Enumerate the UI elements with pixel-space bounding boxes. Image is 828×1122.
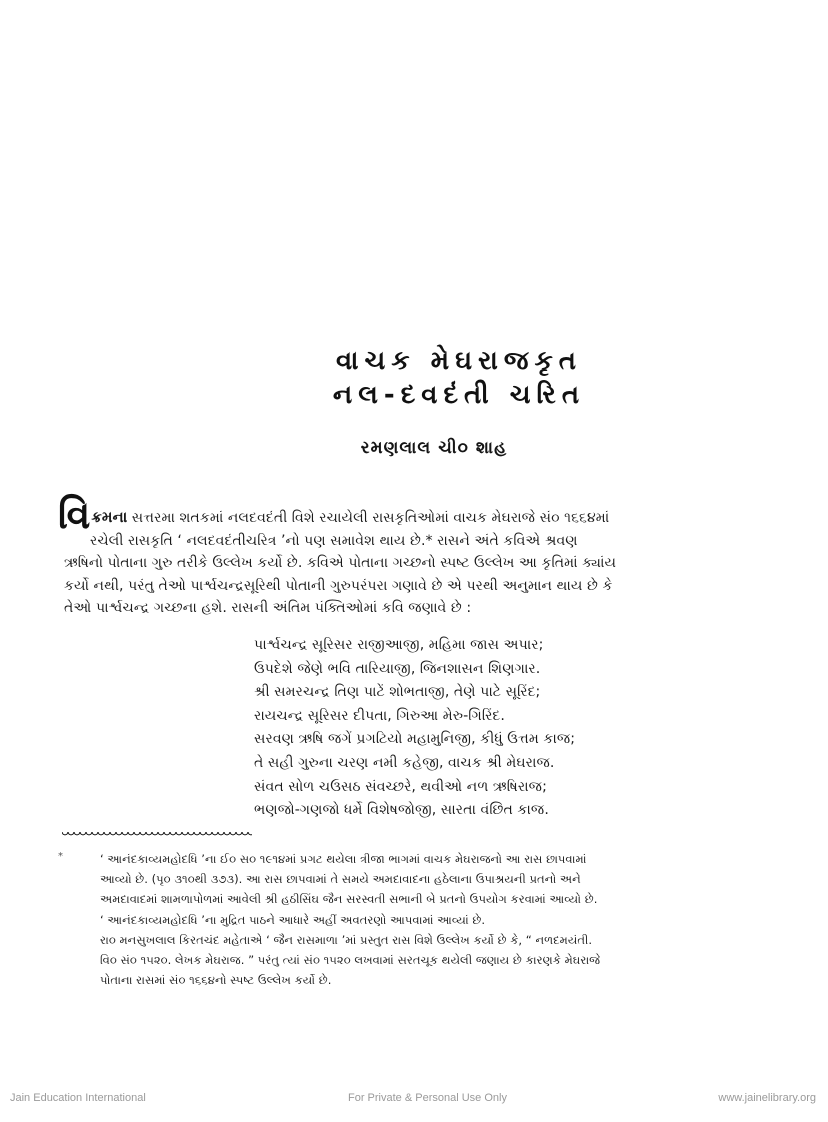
footnote-line: ‘ આનંદકાવ્યમહોદધિ ’ના ઈ૦ સ૦ ૧૯૧૪માં પ્રગ… — [72, 849, 812, 869]
footer-usage-notice: For Private & Personal Use Only — [348, 1092, 507, 1104]
footnote-line: આવ્યો છે. (પૃ૦ ૩૧૦થી ૩૭૩). આ રાસ છાપવામા… — [72, 869, 812, 889]
footnote-divider — [62, 832, 252, 838]
footnote-line: રા૦ મનસુખલાલ કિરતચંદ મહેતાએ ‘ જૈન રાસમાળ… — [72, 930, 812, 950]
paragraph-line: રચેલી રાસકૃતિ ‘ નલદવદંતીચરિત્ર ’નો પણ સમ… — [58, 530, 828, 553]
verse-line: ભણજો-ગણજો ધર્મે વિશેષજોજી, સારતા વંછિત ક… — [254, 799, 575, 823]
verse-line: શ્રી સમરચન્દ્ર તિણ પાટેં શોભતાજી, તેણે પ… — [254, 681, 575, 705]
footnote: * ‘ આનંદકાવ્યમહોદધિ ’ના ઈ૦ સ૦ ૧૯૧૪માં પ્… — [72, 849, 812, 990]
footnote-asterisk-icon: * — [58, 851, 63, 862]
footnote-line: ‘ આનંદકાવ્યમહોદધિ ’ના મુદ્રિત પાઠને આધાર… — [72, 910, 812, 930]
footnote-line: વિ૦ સં૦ ૧૫૨૦. લેખક મેઘરાજ. ” પરંતુ ત્યાં… — [72, 950, 812, 970]
verse-line: સંવત સોળ ચઉસઠ સંવચ્છરે, થવીઓ નળ ઋષિરાજ; — [254, 776, 575, 800]
paragraph-line: કર્યો નથી, પરંતુ તેઓ પાર્શ્વચન્દ્રસૂરિથી… — [58, 575, 828, 598]
footnote-line: અમદાવાદમાં શામળાપોળમાં આવેલી શ્રી હઠીસિં… — [72, 889, 812, 909]
intro-paragraph: વિક્રમના સત્તરમા શતકમાં નલદવદંતી વિશે રચ… — [58, 502, 828, 620]
verse-quotation: પાર્શ્વચન્દ્ર સૂરિસર રાજીઆજી, મહિમા જાસ … — [254, 634, 575, 823]
footer-website-link[interactable]: www.jainelibrary.org — [718, 1092, 816, 1104]
verse-line: સરવણ ઋષિ જગેં પ્રગટિયો મહામુનિજી, કીધું … — [254, 728, 575, 752]
verse-line: ઉપદેશે જેણે ભવિ તારિયાજી, જિનશાસન શિણગાર… — [254, 658, 575, 682]
paragraph-line: વિક્રમના સત્તરમા શતકમાં નલદવદંતી વિશે રચ… — [58, 502, 828, 530]
author-name: રમણલાલ ચી૦ શાહ — [0, 438, 828, 458]
article-title: વાચક મેઘરાજકૃત નલ-દવદંતી ચરિત — [0, 344, 828, 412]
paragraph-line-text: સત્તરમા શતકમાં નલદવદંતી વિશે રચાયેલી રાસ… — [127, 510, 609, 526]
paragraph-line: ઋષિનો પોતાના ગુરુ તરીકે ઉલ્લેખ કર્યો છે.… — [58, 552, 828, 575]
lead-word: ક્રમના — [91, 508, 127, 526]
verse-line: તે સહી ગુરુના ચરણ નમી કહેજી, વાચક શ્રી મ… — [254, 752, 575, 776]
drop-cap: વિ — [58, 502, 90, 528]
footer-publisher: Jain Education International — [10, 1092, 146, 1104]
verse-line: પાર્શ્વચન્દ્ર સૂરિસર રાજીઆજી, મહિમા જાસ … — [254, 634, 575, 658]
title-line-2: નલ-દવદંતી ચરિત — [0, 378, 828, 412]
title-line-1: વાચક મેઘરાજકૃત — [0, 344, 828, 378]
page-footer: Jain Education International For Private… — [0, 1092, 828, 1112]
verse-line: રાયચન્દ્ર સૂરિસર દીપતા, ગિરુઆ મેરુ-ગિરિં… — [254, 705, 575, 729]
paragraph-line: તેઓ પાર્શ્વચન્દ્ર ગચ્છના હશે. રાસની અંતિ… — [58, 597, 828, 620]
footnote-line: પોતાના રાસમાં સં૦ ૧૬૬૪નો સ્પષ્ટ ઉલ્લેખ ક… — [72, 970, 812, 990]
